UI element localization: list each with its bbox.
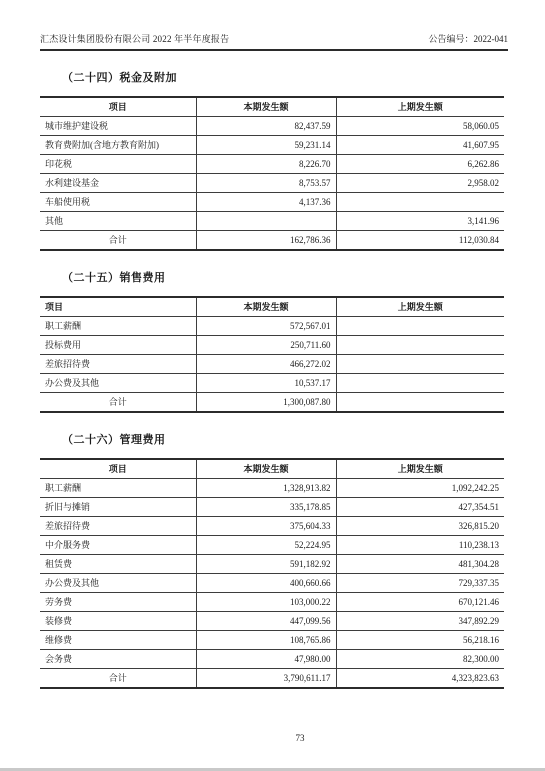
table-row: 其他 3,141.96 — [40, 212, 504, 231]
table-row: 差旅招待费 375,604.33 326,815.20 — [40, 517, 504, 536]
item-name-cell: 印花税 — [40, 155, 196, 174]
item-name-cell: 合计 — [40, 231, 196, 251]
current-amount-cell: 3,790,611.17 — [196, 669, 336, 689]
prior-amount-cell — [336, 317, 504, 336]
expense-table: 项目 本期发生额 上期发生额 职工薪酬 1,328,913.82 1,092,2… — [40, 458, 504, 689]
table-row: 城市维护建设税 82,437.59 58,060.05 — [40, 117, 504, 136]
item-name-cell: 维修费 — [40, 631, 196, 650]
item-name-cell: 折旧与摊销 — [40, 498, 196, 517]
table-row: 折旧与摊销 335,178.85 427,354.51 — [40, 498, 504, 517]
current-amount-cell: 1,300,087.80 — [196, 393, 336, 413]
current-amount-cell: 375,604.33 — [196, 517, 336, 536]
current-amount-cell: 591,182.92 — [196, 555, 336, 574]
item-name-cell: 办公费及其他 — [40, 374, 196, 393]
report-page: 汇杰设计集团股份有限公司 2022 年半年度报告 公告编号：2022-041 （… — [0, 0, 545, 743]
item-name-cell: 中介服务费 — [40, 536, 196, 555]
table-row: 中介服务费 52,224.95 110,238.13 — [40, 536, 504, 555]
prior-amount-cell — [336, 374, 504, 393]
current-amount-cell: 162,786.36 — [196, 231, 336, 251]
current-amount-cell: 59,231.14 — [196, 136, 336, 155]
prior-amount-cell: 3,141.96 — [336, 212, 504, 231]
report-section: （二十四）税金及附加 项目 本期发生额 上期发生额 城市维护建设税 82,437… — [40, 69, 508, 251]
expense-table: 项目 本期发生额 上期发生额 职工薪酬 572,567.01 投标费用 250,… — [40, 296, 504, 413]
column-header-prior-period: 上期发生额 — [336, 297, 504, 317]
prior-amount-cell: 1,092,242.25 — [336, 479, 504, 498]
current-amount-cell: 250,711.60 — [196, 336, 336, 355]
item-name-cell: 装修费 — [40, 612, 196, 631]
table-row: 合计 1,300,087.80 — [40, 393, 504, 413]
prior-amount-cell: 347,892.29 — [336, 612, 504, 631]
current-amount-cell: 108,765.86 — [196, 631, 336, 650]
report-body: （二十四）税金及附加 项目 本期发生额 上期发生额 城市维护建设税 82,437… — [40, 69, 508, 689]
column-header-prior-period: 上期发生额 — [336, 97, 504, 117]
item-name-cell: 差旅招待费 — [40, 355, 196, 374]
prior-amount-cell: 326,815.20 — [336, 517, 504, 536]
report-title: 汇杰设计集团股份有限公司 2022 年半年度报告 — [40, 33, 229, 46]
item-name-cell: 职工薪酬 — [40, 479, 196, 498]
table-row: 办公费及其他 400,660.66 729,337.35 — [40, 574, 504, 593]
current-amount-cell — [196, 212, 336, 231]
prior-amount-cell — [336, 393, 504, 413]
current-amount-cell: 82,437.59 — [196, 117, 336, 136]
item-name-cell: 投标费用 — [40, 336, 196, 355]
item-name-cell: 水利建设基金 — [40, 174, 196, 193]
table-row: 办公费及其他 10,537.17 — [40, 374, 504, 393]
page-header: 汇杰设计集团股份有限公司 2022 年半年度报告 公告编号：2022-041 — [40, 33, 508, 51]
table-row: 差旅招待费 466,272.02 — [40, 355, 504, 374]
item-name-cell: 劳务费 — [40, 593, 196, 612]
section-heading: （二十六）管理费用 — [40, 431, 508, 447]
table-row: 水利建设基金 8,753.57 2,958.02 — [40, 174, 504, 193]
column-header-item: 项目 — [40, 97, 196, 117]
prior-amount-cell: 6,262.86 — [336, 155, 504, 174]
table-row: 印花税 8,226.70 6,262.86 — [40, 155, 504, 174]
item-name-cell: 城市维护建设税 — [40, 117, 196, 136]
prior-amount-cell: 427,354.51 — [336, 498, 504, 517]
current-amount-cell: 572,567.01 — [196, 317, 336, 336]
current-amount-cell: 103,000.22 — [196, 593, 336, 612]
prior-amount-cell: 112,030.84 — [336, 231, 504, 251]
prior-amount-cell: 481,304.28 — [336, 555, 504, 574]
table-row: 职工薪酬 572,567.01 — [40, 317, 504, 336]
column-header-prior-period: 上期发生额 — [336, 459, 504, 479]
current-amount-cell: 10,537.17 — [196, 374, 336, 393]
announcement-number: 公告编号：2022-041 — [429, 33, 509, 46]
prior-amount-cell: 729,337.35 — [336, 574, 504, 593]
section-heading: （二十四）税金及附加 — [40, 69, 508, 85]
current-amount-cell: 1,328,913.82 — [196, 479, 336, 498]
prior-amount-cell: 2,958.02 — [336, 174, 504, 193]
item-name-cell: 租赁费 — [40, 555, 196, 574]
table-header-row: 项目 本期发生额 上期发生额 — [40, 97, 504, 117]
table-row: 教育费附加(含地方教育附加) 59,231.14 41,607.95 — [40, 136, 504, 155]
table-row: 投标费用 250,711.60 — [40, 336, 504, 355]
report-section: （二十五）销售费用 项目 本期发生额 上期发生额 职工薪酬 572,567.01… — [40, 269, 508, 413]
table-row: 租赁费 591,182.92 481,304.28 — [40, 555, 504, 574]
item-name-cell: 会务费 — [40, 650, 196, 669]
table-row: 车船使用税 4,137.36 — [40, 193, 504, 212]
current-amount-cell: 335,178.85 — [196, 498, 336, 517]
table-row: 合计 3,790,611.17 4,323,823.63 — [40, 669, 504, 689]
section-heading: （二十五）销售费用 — [40, 269, 508, 285]
prior-amount-cell: 41,607.95 — [336, 136, 504, 155]
prior-amount-cell — [336, 336, 504, 355]
item-name-cell: 差旅招待费 — [40, 517, 196, 536]
current-amount-cell: 47,980.00 — [196, 650, 336, 669]
column-header-item: 项目 — [40, 459, 196, 479]
prior-amount-cell: 4,323,823.63 — [336, 669, 504, 689]
expense-table: 项目 本期发生额 上期发生额 城市维护建设税 82,437.59 58,060.… — [40, 96, 504, 251]
prior-amount-cell — [336, 355, 504, 374]
prior-amount-cell: 670,121.46 — [336, 593, 504, 612]
current-amount-cell: 466,272.02 — [196, 355, 336, 374]
column-header-current-period: 本期发生额 — [196, 97, 336, 117]
current-amount-cell: 447,099.56 — [196, 612, 336, 631]
current-amount-cell: 52,224.95 — [196, 536, 336, 555]
prior-amount-cell: 58,060.05 — [336, 117, 504, 136]
table-row: 装修费 447,099.56 347,892.29 — [40, 612, 504, 631]
table-row: 职工薪酬 1,328,913.82 1,092,242.25 — [40, 479, 504, 498]
item-name-cell: 教育费附加(含地方教育附加) — [40, 136, 196, 155]
item-name-cell: 合计 — [40, 669, 196, 689]
prior-amount-cell: 110,238.13 — [336, 536, 504, 555]
column-header-current-period: 本期发生额 — [196, 297, 336, 317]
item-name-cell: 职工薪酬 — [40, 317, 196, 336]
current-amount-cell: 400,660.66 — [196, 574, 336, 593]
table-row: 维修费 108,765.86 56,218.16 — [40, 631, 504, 650]
item-name-cell: 车船使用税 — [40, 193, 196, 212]
current-amount-cell: 8,226.70 — [196, 155, 336, 174]
item-name-cell: 其他 — [40, 212, 196, 231]
table-header-row: 项目 本期发生额 上期发生额 — [40, 459, 504, 479]
table-row: 会务费 47,980.00 82,300.00 — [40, 650, 504, 669]
current-amount-cell: 4,137.36 — [196, 193, 336, 212]
report-section: （二十六）管理费用 项目 本期发生额 上期发生额 职工薪酬 1,328,913.… — [40, 431, 508, 689]
current-amount-cell: 8,753.57 — [196, 174, 336, 193]
page-number: 73 — [66, 733, 534, 743]
table-row: 劳务费 103,000.22 670,121.46 — [40, 593, 504, 612]
item-name-cell: 合计 — [40, 393, 196, 413]
prior-amount-cell — [336, 193, 504, 212]
table-header-row: 项目 本期发生额 上期发生额 — [40, 297, 504, 317]
table-row: 合计 162,786.36 112,030.84 — [40, 231, 504, 251]
prior-amount-cell: 56,218.16 — [336, 631, 504, 650]
column-header-current-period: 本期发生额 — [196, 459, 336, 479]
column-header-item: 项目 — [40, 297, 196, 317]
item-name-cell: 办公费及其他 — [40, 574, 196, 593]
prior-amount-cell: 82,300.00 — [336, 650, 504, 669]
